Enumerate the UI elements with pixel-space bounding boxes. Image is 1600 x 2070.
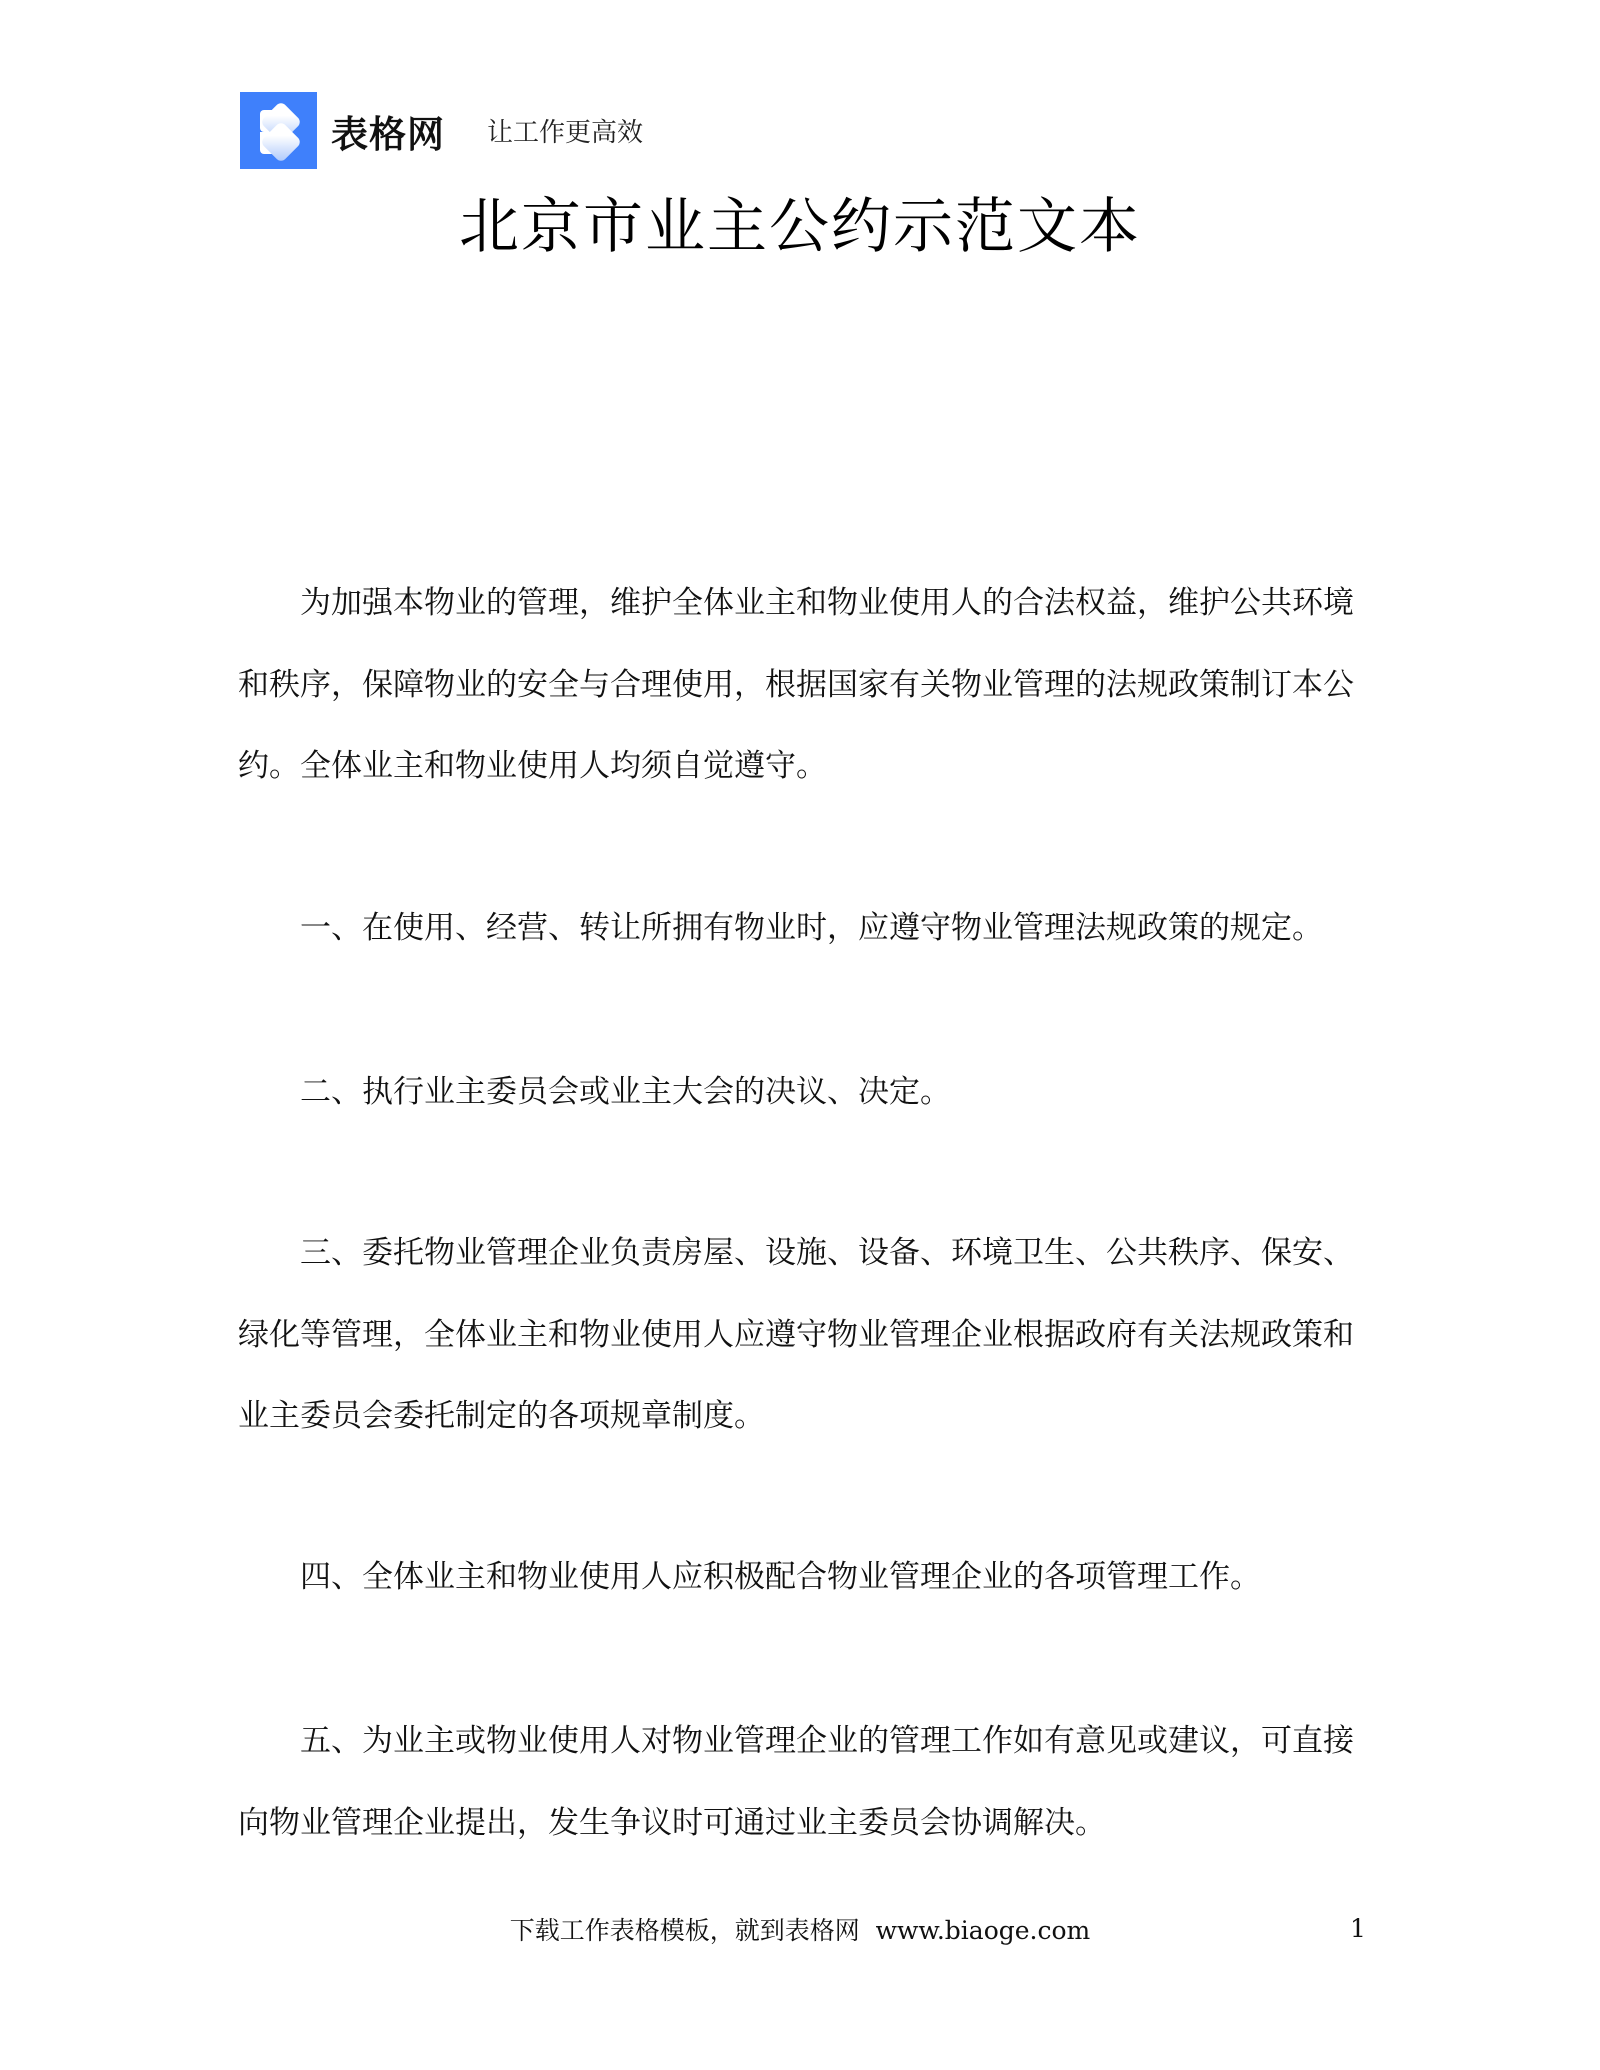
brand-name: 表格网 (331, 104, 445, 158)
preamble-line: 和秩序，保障物业的安全与合理使用，根据国家有关物业管理的法规政策制订本公 (238, 665, 1362, 705)
page-number: 1 (1350, 1912, 1366, 1946)
clause-3-line: 三、委托物业管理企业负责房屋、设施、设备、环境卫生、公共秩序、保安、 (238, 1233, 1424, 1273)
document-title: 北京市业主公约示范文本 (0, 195, 1600, 259)
clause-5-line: 五、为业主或物业使用人对物业管理企业的管理工作如有意见或建议，可直接 (238, 1721, 1424, 1761)
clause-4: 四、全体业主和物业使用人应积极配合物业管理企业的各项管理工作。 (238, 1557, 1424, 1597)
preamble-line: 约。全体业主和物业使用人均须自觉遵守。 (238, 746, 1362, 786)
brand-tagline: 让工作更高效 (487, 112, 643, 149)
clause-1: 一、在使用、经营、转让所拥有物业时，应遵守物业管理法规政策的规定。 (238, 908, 1424, 948)
site-header: 表格网 让工作更高效 (240, 92, 643, 169)
biaoge-logo-icon (240, 92, 317, 169)
preamble-line: 为加强本物业的管理，维护全体业主和物业使用人的合法权益，维护公共环境 (238, 583, 1424, 623)
clause-3-line: 业主委员会委托制定的各项规章制度。 (238, 1396, 1362, 1436)
clause-5-line: 向物业管理企业提出，发生争议时可通过业主委员会协调解决。 (238, 1803, 1362, 1843)
clause-3-line: 绿化等管理，全体业主和物业使用人应遵守物业管理企业根据政府有关法规政策和 (238, 1315, 1362, 1355)
clause-2: 二、执行业主委员会或业主大会的决议、决定。 (238, 1072, 1424, 1112)
